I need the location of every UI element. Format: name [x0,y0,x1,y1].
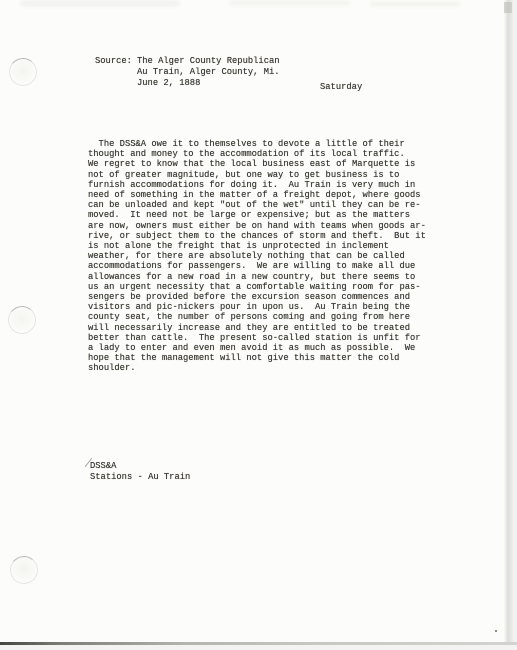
page-edge-bottom-margin [0,645,517,650]
punch-hole-icon [9,555,40,586]
scan-smudge [20,1,180,6]
page-edge-right-outer [513,0,517,650]
scanned-document-page: Source: The Alger County Republican Au T… [0,0,517,650]
source-label: Source: [95,56,132,67]
article-body-text: The DSS&A owe it to themselves to devote… [88,139,426,374]
scan-smudge [370,2,460,6]
page-edge-right [504,0,513,650]
weekday-label: Saturday [320,82,362,92]
scan-speck [495,630,497,632]
filing-annotation: DSS&A Stations - Au Train [90,461,190,482]
punch-hole-icon [7,305,38,336]
scan-smudge [230,1,350,5]
source-citation: The Alger County Republican Au Train, Al… [137,56,280,88]
punch-hole-icon [8,57,39,88]
